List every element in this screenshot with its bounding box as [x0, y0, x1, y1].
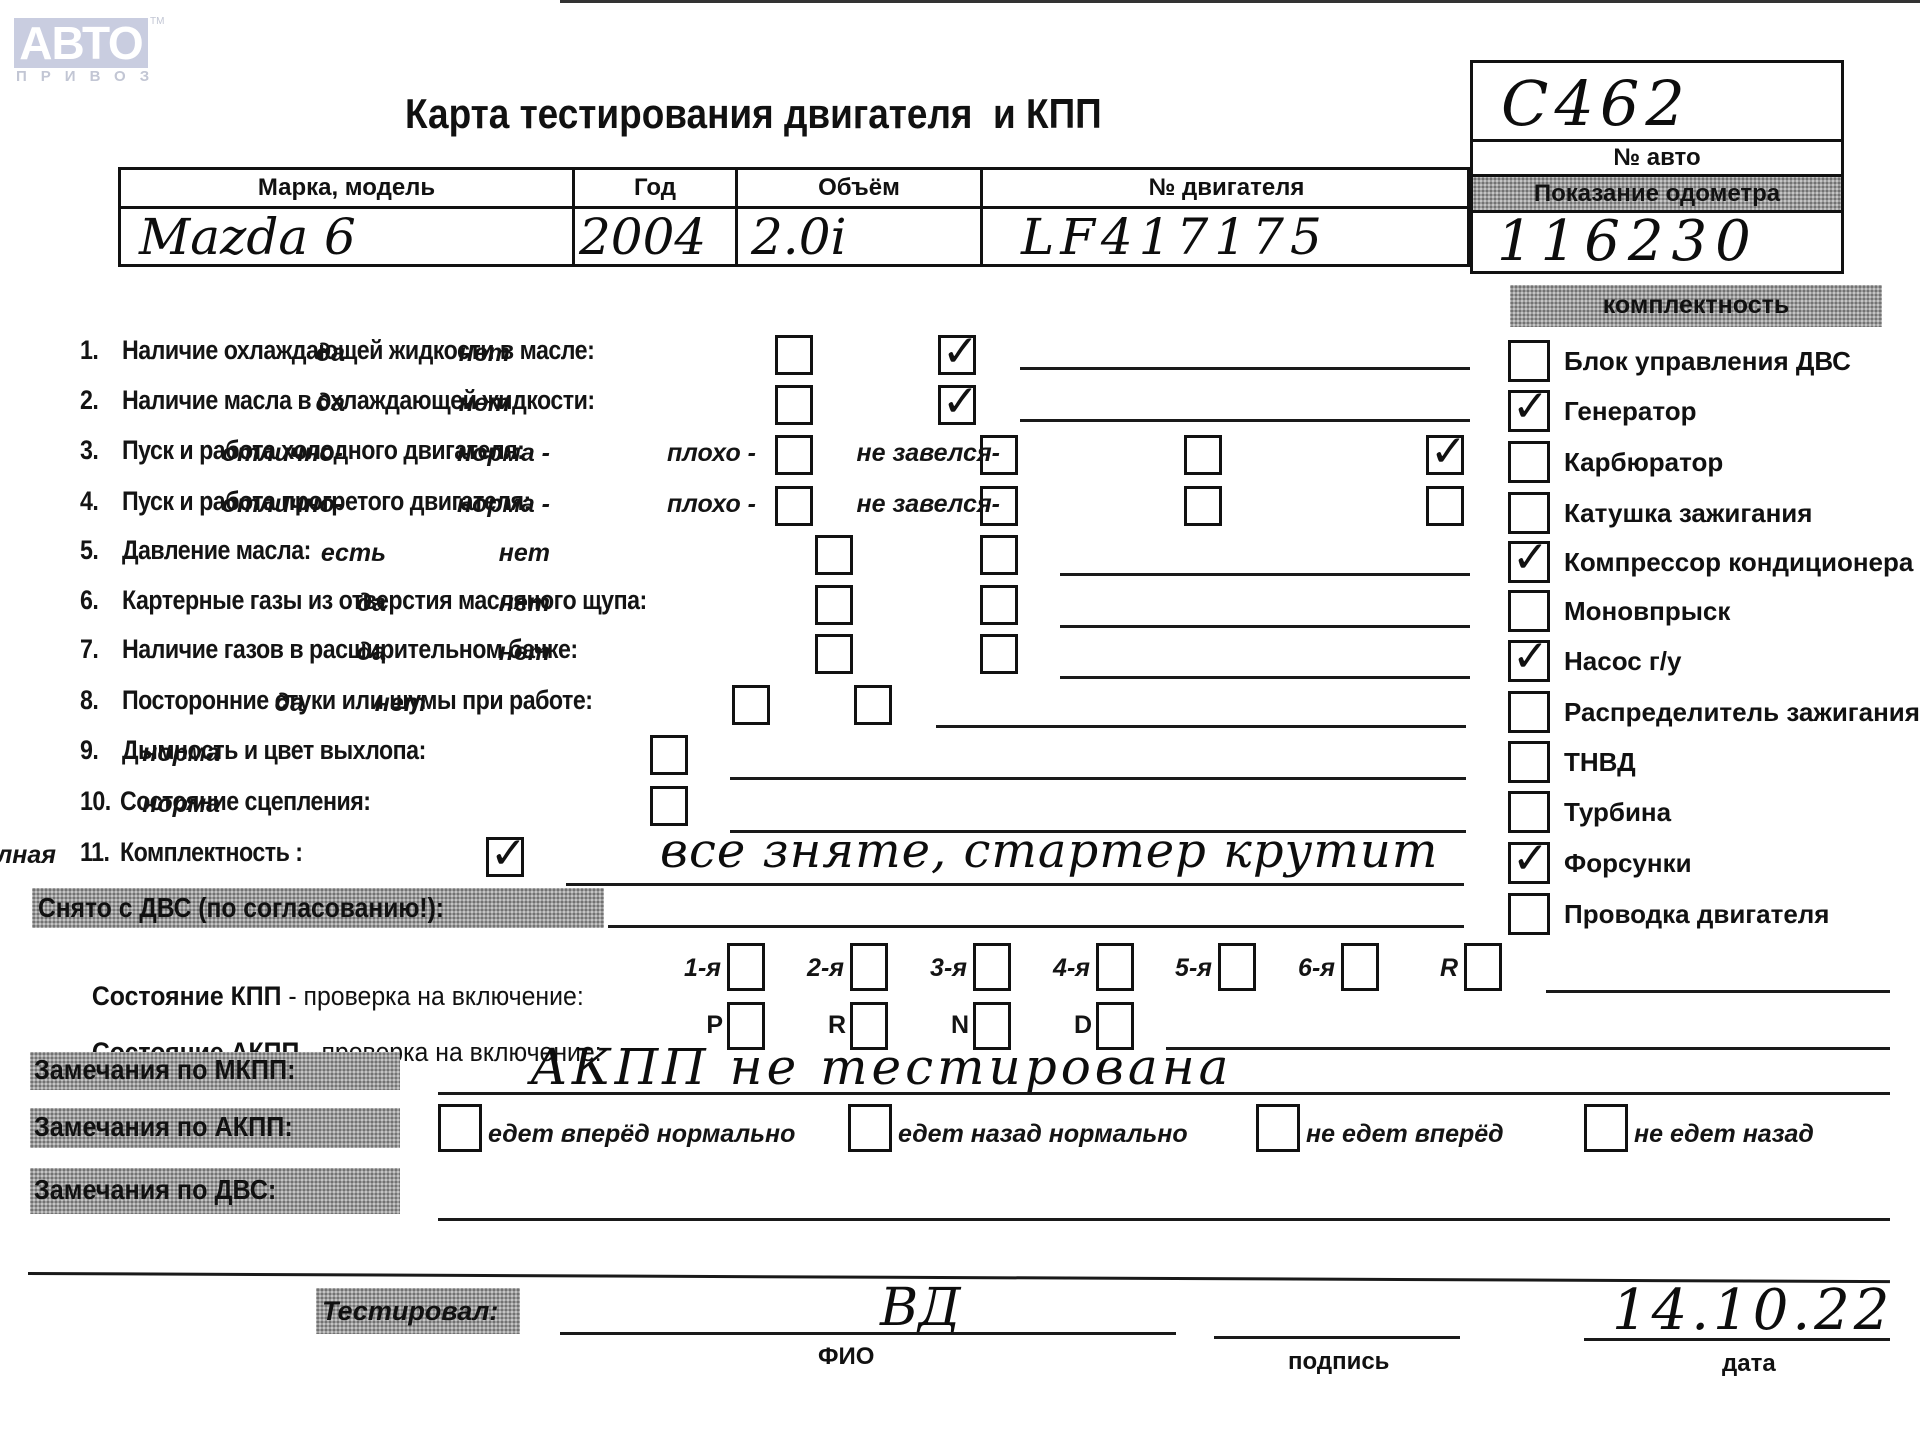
option-label: норма — [142, 790, 220, 819]
gear-label: N — [951, 1011, 969, 1040]
gear-label: 6-я — [1298, 954, 1335, 983]
akpp-option-checkbox[interactable] — [438, 1104, 482, 1152]
kit-item-label: Форсунки — [1564, 848, 1692, 879]
check-notes-line — [1020, 419, 1470, 422]
option-label: норма — [142, 739, 220, 768]
check-row: 9.Дымность и цвет выхлопа:норма — [0, 735, 1500, 781]
scan-edge-line — [560, 0, 1920, 3]
dvs-remarks-label: Замечания по ДВС: — [34, 1174, 276, 1206]
check-row: 5.Давление масла:естьнет — [0, 535, 1500, 581]
page-title: Карта тестирования двигателя и КПП — [405, 90, 1102, 138]
check-label: Комплектность : — [120, 837, 303, 868]
check-number: 4. — [80, 486, 98, 517]
gear-label: D — [1074, 1011, 1092, 1040]
check-row: 11.Комплектность :полнаявсе зняте, старт… — [0, 837, 1500, 883]
option-label: норма - — [457, 439, 550, 468]
car-info-box: С462 № авто Показание одометра 116230 — [1470, 60, 1844, 274]
gear-checkbox[interactable] — [1096, 943, 1134, 991]
gear-checkbox[interactable] — [1464, 943, 1502, 991]
check-row: 1.Наличие охлаждающей жидкости в масле:д… — [0, 335, 1500, 381]
option-label: да — [275, 689, 304, 718]
checkbox[interactable] — [980, 585, 1018, 625]
check-notes-line — [1060, 625, 1470, 628]
kit-item-label: Карбюратор — [1564, 447, 1723, 478]
kit-item-label: Распределитель зажигания — [1564, 697, 1920, 728]
column-header-make-model: Марка, модель — [121, 170, 572, 206]
checked-checkbox[interactable] — [938, 335, 976, 375]
checkbox[interactable] — [815, 585, 853, 625]
checkbox[interactable] — [650, 735, 688, 775]
checkbox[interactable] — [1426, 486, 1464, 526]
mkpp-remarks-line — [438, 1092, 1890, 1095]
akpp-remarks-label: Замечания по АКПП: — [34, 1111, 293, 1143]
gear-checkbox[interactable] — [1341, 943, 1379, 991]
manual-gearbox-line — [1546, 990, 1890, 993]
check-number: 3. — [80, 435, 98, 466]
option-label: да — [316, 389, 345, 418]
check-row: 6.Картерные газы из отверстия масляного … — [0, 585, 1500, 631]
odometer-label: Показание одометра — [1473, 177, 1841, 210]
gear-label: R — [828, 1011, 846, 1040]
make-model-value: Mazda 6 — [139, 208, 356, 266]
logo: АВТО — [14, 18, 148, 68]
checkbox[interactable] — [1508, 691, 1550, 733]
check-number: 7. — [80, 634, 98, 665]
check-notes-line — [730, 777, 1466, 780]
checkbox[interactable] — [1184, 435, 1222, 475]
checked-checkbox[interactable] — [1508, 390, 1550, 432]
checked-checkbox[interactable] — [1508, 842, 1550, 884]
kit-item-label: Генератор — [1564, 396, 1697, 427]
checkbox[interactable] — [775, 385, 813, 425]
logo-trademark: TM — [150, 16, 164, 27]
check-label: Наличие охлаждающей жидкости в масле: — [122, 335, 594, 366]
check-note: все зняте, стартер крутит — [660, 823, 1438, 879]
checkbox[interactable] — [815, 535, 853, 575]
tested-by-label: Тестировал: — [322, 1296, 498, 1327]
odometer-value: 116230 — [1497, 209, 1759, 274]
mkpp-remarks-label: Замечания по МКПП: — [34, 1054, 296, 1086]
gear-checkbox[interactable] — [973, 943, 1011, 991]
dvs-remarks-line — [438, 1218, 1890, 1221]
checked-checkbox[interactable] — [486, 837, 524, 877]
akpp-option-checkbox[interactable] — [1256, 1104, 1300, 1152]
gear-label: 1-я — [684, 954, 721, 983]
checkbox[interactable] — [980, 535, 1018, 575]
akpp-option-label: не едет назад — [1634, 1120, 1814, 1149]
column-header-engine-number: № двигателя — [983, 170, 1470, 206]
check-notes-line — [1060, 676, 1470, 679]
checkbox[interactable] — [775, 435, 813, 475]
check-label: Наличие масла в охлаждающей жидкости: — [122, 385, 595, 416]
option-label: не завелся- — [857, 490, 1000, 519]
kit-item-label: Катушка зажигания — [1564, 498, 1812, 529]
gear-label: 2-я — [807, 954, 844, 983]
option-label: нет — [459, 339, 510, 368]
check-row: 8.Посторонние стуки или шумы при работе:… — [0, 685, 1500, 731]
option-label: плохо - — [667, 490, 756, 519]
checkbox[interactable] — [732, 685, 770, 725]
checkbox[interactable] — [1508, 340, 1550, 382]
option-label: нет — [499, 638, 550, 667]
option-label: да — [357, 638, 386, 667]
checkbox[interactable] — [1508, 492, 1550, 534]
option-label: нет — [499, 589, 550, 618]
option-label: нет — [499, 539, 550, 568]
car-number-label: № авто — [1473, 141, 1841, 175]
checked-checkbox[interactable] — [1426, 435, 1464, 475]
check-notes-line — [1020, 367, 1470, 370]
checkbox[interactable] — [775, 486, 813, 526]
option-label: да — [316, 339, 345, 368]
option-label: полная — [0, 841, 56, 870]
checked-checkbox[interactable] — [1508, 541, 1550, 583]
checkbox[interactable] — [775, 335, 813, 375]
checkbox[interactable] — [1508, 441, 1550, 483]
akpp-option-checkbox[interactable] — [1584, 1104, 1628, 1152]
column-header-volume: Объём — [738, 170, 980, 206]
signature-line — [1214, 1336, 1460, 1339]
tester-name-value: ВД — [880, 1278, 961, 1338]
gear-checkbox[interactable] — [850, 943, 888, 991]
akpp-option-label: не едет вперёд — [1306, 1120, 1504, 1149]
check-number: 1. — [80, 335, 98, 366]
vehicle-info-table: Марка, модель Год Объём № двигателя Mazd… — [118, 167, 1470, 267]
checkbox[interactable] — [1508, 741, 1550, 783]
check-notes-line — [1060, 573, 1470, 576]
akpp-option-label: едет вперёд нормально — [488, 1120, 795, 1149]
gear-label: 4-я — [1053, 954, 1090, 983]
logo-subtitle: ПРИВОЗ — [16, 68, 163, 85]
option-label: нет — [459, 389, 510, 418]
check-label: Посторонние стуки или шумы при работе: — [122, 685, 592, 716]
test-date-value: 14.10.22 — [1612, 1278, 1893, 1343]
tester-name-caption: ФИО — [818, 1343, 874, 1371]
signature-caption: подпись — [1288, 1348, 1389, 1376]
akpp-option-label: едет назад нормально — [898, 1120, 1188, 1149]
test-date-caption: дата — [1722, 1350, 1776, 1378]
option-label: да — [357, 589, 386, 618]
gear-label: 5-я — [1175, 954, 1212, 983]
kit-item-label: Проводка двигателя — [1564, 899, 1829, 930]
option-label: отлично- — [222, 439, 343, 468]
check-label: Давление масла: — [122, 535, 311, 566]
check-number: 10. — [80, 786, 111, 817]
kit-item-label: ТНВД — [1564, 747, 1636, 778]
test-date-line — [1584, 1338, 1890, 1341]
engine-number-value: LF417175 — [1021, 208, 1328, 266]
option-label: нет — [375, 689, 426, 718]
kit-header: комплектность — [1510, 291, 1882, 320]
year-value: 2004 — [579, 208, 706, 266]
gear-label: R — [1440, 954, 1458, 983]
car-number-value: С462 — [1501, 67, 1691, 140]
option-label: не завелся- — [857, 439, 1000, 468]
check-number: 8. — [80, 685, 98, 716]
checkbox[interactable] — [650, 786, 688, 826]
removed-from-engine-label: Снято с ДВС (по согласованию!): — [38, 892, 444, 924]
check-number: 11. — [80, 837, 109, 868]
checkbox[interactable] — [1184, 486, 1222, 526]
check-number: 2. — [80, 385, 98, 416]
removed-line — [608, 925, 1464, 928]
option-label: плохо - — [667, 439, 756, 468]
check-notes-line — [566, 883, 1464, 886]
gear-label: 3-я — [930, 954, 967, 983]
kit-item-label: Насос г/у — [1564, 646, 1681, 677]
check-number: 9. — [80, 735, 98, 766]
kit-item-label: Компрессор кондиционера — [1564, 547, 1913, 578]
check-row: 7.Наличие газов в расширительном бачке:д… — [0, 634, 1500, 680]
check-row: 3.Пуск и работа холодного двигателя:отли… — [0, 435, 1500, 481]
checkbox[interactable] — [1508, 893, 1550, 935]
kit-item-label: Блок управления ДВС — [1564, 346, 1851, 377]
check-number: 6. — [80, 585, 98, 616]
kit-item-label: Моновпрыск — [1564, 596, 1730, 627]
checked-checkbox[interactable] — [938, 385, 976, 425]
checkbox[interactable] — [854, 685, 892, 725]
option-label: есть — [321, 539, 386, 568]
check-notes-line — [936, 725, 1466, 728]
check-number: 5. — [80, 535, 98, 566]
manual-gearbox-label: Состояние КПП - проверка на включение: — [78, 950, 584, 1012]
auto-gearbox-line — [1166, 1047, 1890, 1050]
check-row: 2.Наличие масла в охлаждающей жидкости:д… — [0, 385, 1500, 431]
checkbox[interactable] — [1508, 791, 1550, 833]
gear-checkbox[interactable] — [1218, 943, 1256, 991]
checkbox[interactable] — [980, 634, 1018, 674]
gear-label: P — [706, 1011, 723, 1040]
tester-name-line — [560, 1332, 1176, 1335]
volume-value: 2.0i — [751, 208, 847, 266]
gear-checkbox[interactable] — [727, 943, 765, 991]
checked-checkbox[interactable] — [1508, 640, 1550, 682]
checkbox[interactable] — [1508, 590, 1550, 632]
option-label: отлично- — [222, 490, 343, 519]
column-header-year: Год — [575, 170, 735, 206]
option-label: норма - — [457, 490, 550, 519]
kit-item-label: Турбина — [1564, 797, 1671, 828]
mkpp-remarks-note: АКПП не тестирована — [530, 1038, 1232, 1096]
akpp-option-checkbox[interactable] — [848, 1104, 892, 1152]
checkbox[interactable] — [815, 634, 853, 674]
check-row: 4.Пуск и работа прогретого двигателя:отл… — [0, 486, 1500, 532]
